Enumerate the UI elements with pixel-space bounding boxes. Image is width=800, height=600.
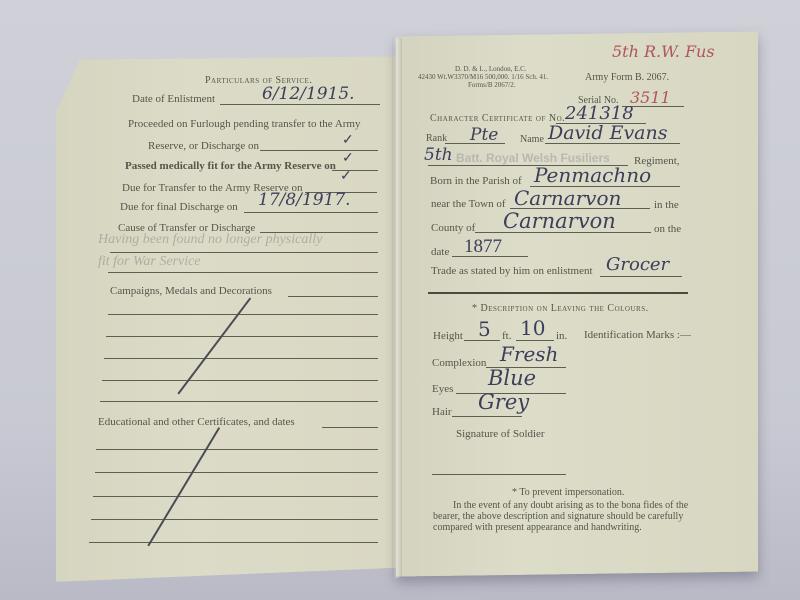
trade-value: Grocer: [606, 254, 669, 275]
medically-fit-value: ✓: [342, 150, 354, 167]
cause-stamp-line-2: fit for War Service: [98, 254, 201, 270]
date-value: 1877: [464, 236, 502, 258]
final-discharge-value: 17/8/1917.: [258, 190, 351, 210]
trade-label: Trade as stated by him on enlistment: [431, 265, 593, 277]
complexion-value: Fresh: [500, 342, 558, 366]
signature-line: [432, 474, 566, 475]
on-the-label: on the: [654, 223, 681, 235]
enlistment-line: [220, 104, 380, 105]
eyes-value: Blue: [488, 366, 536, 390]
education-line-2: [95, 472, 378, 473]
serial-value: 3511: [630, 88, 671, 107]
hair-value: Grey: [478, 390, 529, 414]
medically-fit-label: Passed medically fit for the Army Reserv…: [125, 160, 336, 172]
printer-line-3: Forms/B 2067/2.: [468, 81, 515, 89]
trade-line: [600, 276, 682, 277]
cause-line-2: [110, 252, 378, 253]
page-fold: [392, 38, 402, 578]
near-town-value: Carnarvon: [514, 186, 621, 210]
education-line-3: [93, 496, 378, 497]
campaigns-line-4: [102, 380, 378, 381]
certificate-label: Character Certificate of No.: [430, 113, 565, 124]
eyes-label: Eyes: [432, 383, 453, 395]
footnote-line-3: compared with present appearance and han…: [433, 522, 642, 533]
cause-stamp-line-1: Having been found no longer physically: [98, 232, 322, 248]
transfer-reserve-value: ✓: [340, 168, 352, 185]
footnote-line-1: In the event of any doubt arising as to …: [453, 500, 688, 511]
footnote-title: * To prevent impersonation.: [512, 487, 624, 498]
printer-line-2: 42430 Wt.W3370/M16 500,000. 1/16 Sch. 41…: [418, 73, 548, 81]
cause-line-3: [108, 272, 378, 273]
in-label: in.: [556, 330, 567, 342]
near-town-label: near the Town of: [431, 198, 505, 210]
campaigns-label: Campaigns, Medals and Decorations: [110, 285, 272, 297]
furlough-label: Proceeded on Furlough pending transfer t…: [128, 118, 360, 130]
ft-label: ft.: [502, 330, 511, 342]
county-label: County of: [431, 222, 475, 234]
battalion-value: 5th: [424, 145, 453, 165]
rank-value: Pte: [470, 125, 498, 145]
final-discharge-label: Due for final Discharge on: [120, 201, 238, 213]
medically-fit-line: [332, 170, 378, 171]
date-label: date: [431, 246, 449, 258]
education-label: Educational and other Certificates, and …: [98, 416, 295, 428]
education-line-1: [96, 449, 378, 450]
signature-label: Signature of Soldier: [456, 428, 545, 440]
enlistment-value: 6/12/1915.: [262, 84, 355, 104]
hair-label: Hair: [432, 406, 452, 418]
name-label: Name: [520, 134, 544, 145]
section-divider: [428, 292, 688, 294]
reserve-line: [260, 150, 378, 151]
printer-line-1: D. D. & L., London, E.C.: [455, 65, 527, 73]
reserve-value: ✓: [342, 132, 354, 149]
education-line-5: [89, 542, 378, 543]
reserve-label: Reserve, or Discharge on: [148, 140, 259, 152]
complexion-label: Complexion: [432, 357, 486, 369]
rank-label: Rank: [426, 133, 447, 144]
enlistment-label: Date of Enlistment: [132, 93, 215, 105]
description-heading: * Description on Leaving the Colours.: [472, 303, 649, 314]
campaigns-line-2: [106, 336, 378, 337]
in-the-label: in the: [654, 199, 679, 211]
campaigns-line-3: [104, 358, 378, 359]
identification-label: Identification Marks :—: [584, 329, 691, 341]
height-in-value: 10: [520, 316, 545, 340]
final-discharge-line: [244, 212, 378, 213]
born-parish-value: Penmachno: [534, 163, 651, 187]
form-number: Army Form B. 2067.: [585, 72, 669, 83]
born-parish-label: Born in the Parish of: [430, 175, 522, 187]
height-label: Height: [433, 330, 463, 342]
height-in-line: [516, 340, 554, 341]
campaigns-line-5: [100, 401, 378, 402]
education-line-4: [91, 519, 378, 520]
hair-line: [452, 416, 522, 417]
county-value: Carnarvon: [503, 209, 616, 233]
corner-annotation: 5th R.W. Fus: [612, 42, 715, 61]
height-ft-value: 5: [478, 317, 491, 341]
name-value: David Evans: [548, 122, 668, 144]
campaigns-line-1: [108, 314, 378, 315]
certificate-number: 241318: [565, 103, 634, 124]
campaigns-line-0: [288, 296, 378, 297]
footnote-line-2: bearer, the above description and signat…: [433, 511, 683, 522]
education-line-0: [322, 427, 378, 428]
